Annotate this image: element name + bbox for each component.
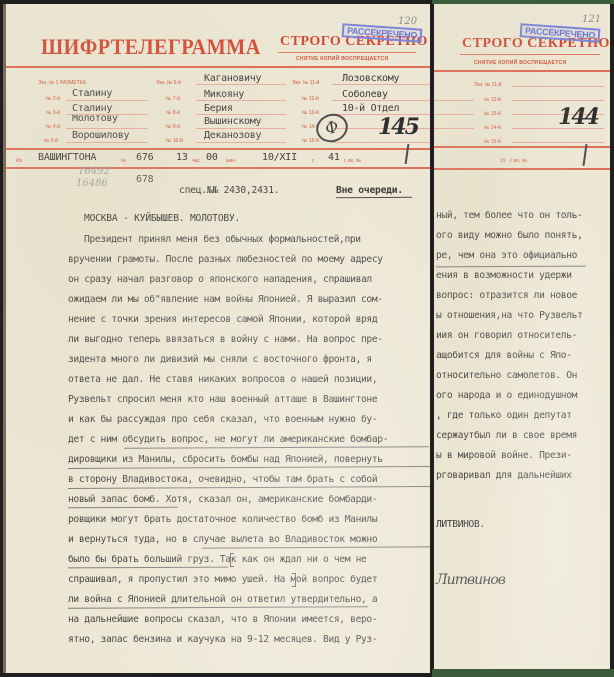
minutes-label: мин. (226, 158, 236, 164)
body-line: Рузвельт спросил меня кто наш военный ат… (68, 394, 377, 406)
pencil-reg-number-2: 16486 (76, 178, 108, 189)
hand-underline (68, 606, 368, 609)
spec-numbers: спец.№№ 2430,2431. (179, 185, 279, 196)
body-line: на дальнейшие вопросы сказал, что в Япон… (68, 614, 377, 626)
hand-underline (68, 567, 228, 569)
telegram-page-right: 121 СТРОГО СЕКРЕТНО СНЯТИЕ КОПИЙ ВОСПРЕЩ… (434, 4, 610, 669)
addr-label: № 5-й (44, 138, 58, 144)
from-label: Из (16, 158, 22, 164)
classification-sub: СНЯТИЕ КОПИЙ ВОСПРЕЩАЕТСЯ (296, 56, 388, 62)
meta-divider-top (434, 146, 610, 148)
addr-name: Ворошилову (72, 130, 129, 141)
body-line: дет с ним обсудить вопрос, не могут ли а… (68, 434, 388, 446)
hand-underline (124, 446, 429, 449)
addr-label: № 13-й (484, 111, 501, 117)
time-minutes: 00 (206, 152, 218, 163)
body-line: дировщики из Манилы, сбросить бомбы над … (68, 454, 383, 466)
body-line: зидента много ли дивизий мы сняли с вост… (68, 354, 372, 366)
body-line: ятно, запас бензина и каучука на 9-12 ме… (68, 634, 377, 646)
header-divider (6, 66, 430, 68)
body-line: ответа не дал. Не ставя никаких вопросов… (68, 374, 377, 386)
addr-label: № 10-й (166, 138, 183, 144)
telegram-page-left: 120 ШИФРТЕЛЕГРАММА СТРОГО СЕКРЕТНО СНЯТИ… (3, 4, 430, 673)
addr-label: № 9-й (166, 124, 180, 130)
hand-underline (68, 486, 430, 489)
addr-label: № 3-й (46, 110, 60, 116)
classification-rule (278, 52, 416, 53)
addr-name: Соболеву (342, 89, 388, 100)
hand-underline (68, 507, 178, 509)
body-line: сержаутбыл ли в свое время (436, 430, 577, 442)
ref-number: 678 (136, 174, 153, 185)
body-line: ения в возможности удержи (436, 270, 572, 282)
classification-rule (460, 54, 600, 55)
body-line: ы в мировой войне. Прези- (436, 450, 572, 462)
number-label: № (121, 158, 126, 164)
addr-label: Экз. № 6-й (156, 80, 181, 86)
addr-label: № 12-й (302, 96, 319, 102)
hand-underline (68, 466, 430, 469)
body-line: рговаривал для дальнейших (436, 470, 572, 482)
addr-name: Кагановичу (204, 73, 261, 84)
frame-bottom-right (432, 669, 614, 677)
addr-name: Берия (204, 103, 233, 114)
archive-page-number: 121 (582, 14, 601, 25)
priority-label: Вне очереди. (336, 185, 403, 196)
body-line: ого народа и о единодушном (436, 390, 577, 402)
from-city: ВАШИНГТОНА (38, 152, 96, 163)
signature-name: ЛИТВИНОВ. (436, 519, 485, 531)
body-line: ого виду можно было понять, (436, 230, 583, 242)
telegram-date: 10/XII (262, 152, 297, 163)
addr-name: Сталину (72, 88, 112, 99)
body-line: ли война с Японией длительной он ответил… (68, 594, 377, 606)
meta-divider-top (6, 148, 430, 150)
hand-underline (202, 546, 430, 548)
copy-label: г. вх. № (344, 158, 361, 164)
body-line: относительно самолетов. Он (436, 370, 577, 382)
document-title: ШИФРТЕЛЕГРАММА (41, 34, 261, 60)
addr-name: Вышинскому (204, 116, 261, 127)
addr-label: № 14-й (484, 125, 501, 131)
addr-name: Деканозову (204, 130, 261, 141)
year-copy-labels: 19 г. вх. № (500, 158, 527, 164)
addr-label: № 7-й (166, 96, 180, 102)
meta-divider-bottom (434, 168, 610, 170)
addr-label: № 13-й (302, 110, 319, 116)
telegram-year: 41 (328, 152, 340, 163)
body-line: нение с точки зрения интересов самой Япо… (68, 314, 377, 326)
body-line: было бы брать больший груз. Так как он ж… (68, 554, 366, 566)
body-line: иия он говорил относитель- (436, 330, 577, 342)
meta-divider-bottom (6, 167, 430, 169)
body-line: и вернуться туда, но в случае вылета во … (68, 534, 377, 546)
time-hours: 13 (176, 152, 188, 163)
body-line: Президент принял меня без обычных формал… (84, 234, 361, 246)
hand-bracket-close (292, 573, 296, 587)
body-line: спрашивал, я пропустил это мимо ушей. На… (68, 574, 377, 586)
body-line: , где только один депутат (436, 410, 572, 422)
body-line: ы отношения,на что Рузвельт (436, 310, 583, 322)
body-line: в сторону Владивостока, очевидно, чтобы … (68, 474, 377, 486)
addr-label: № 2-й (46, 96, 60, 102)
body-line: ащобится для войны с Япо- (436, 350, 572, 362)
body-line: ровщики могут брать достаточное количест… (68, 514, 377, 526)
header-divider (434, 70, 610, 72)
copy-handmark (405, 144, 410, 164)
body-line: новый запас бомб. Хотя, сказал он, амери… (68, 494, 377, 506)
handwritten-signature: Литвинов (436, 572, 505, 588)
telegram-number: 676 (136, 152, 153, 163)
addr-name: Лозовскому (342, 73, 399, 84)
addr-name: 10-й Отдел (342, 103, 399, 114)
hand-underline (436, 266, 586, 268)
hand-bracket-open (230, 553, 234, 567)
addr-label: № 15-й (302, 138, 319, 144)
handwritten-sheet-number: 144 (558, 104, 598, 130)
classification-sub: СНЯТИЕ КОПИЙ ВОСПРЕЩАЕТСЯ (474, 60, 566, 66)
body-line: и как бы рассуждая про себя сказал, что … (68, 414, 377, 426)
addr-label: Экз. № 1 РАЗМЕТКА (38, 80, 86, 86)
handwritten-sheet-number: 145 (378, 114, 418, 140)
addr-label: Экз. № 11-й (474, 82, 501, 88)
addr-label: № 12-й (484, 97, 501, 103)
body-line: ожидаем ли мы об"явление нам войны Япони… (68, 294, 383, 306)
body-line: ный, тем более что он толь- (436, 210, 583, 222)
body-line: вручении грамоты. После разных любезност… (68, 254, 383, 266)
addr-label: № 15-й (484, 139, 501, 145)
addr-name: Микояну (204, 89, 244, 100)
addr-label: Экз. № 11-й (292, 80, 319, 86)
body-line: ре, чем она это официально (436, 250, 577, 262)
archive-page-number: 120 (398, 16, 417, 27)
addr-label: № 4-й (46, 124, 60, 130)
body-line: он сразу начал разговор о японского напа… (68, 274, 372, 286)
body-line: ли выгодно теперь ввязаться в войну с на… (68, 334, 383, 346)
pencil-reg-number-1: 16492 (78, 166, 110, 177)
addr-label: № 8-й (166, 110, 180, 116)
year-label: г. (312, 158, 315, 164)
body-line: вопрос: отразится ли новое (436, 290, 577, 302)
salutation: МОСКВА - КУЙБЫШЕВ. МОЛОТОВУ. (84, 213, 240, 224)
hours-label: час. (192, 158, 201, 164)
